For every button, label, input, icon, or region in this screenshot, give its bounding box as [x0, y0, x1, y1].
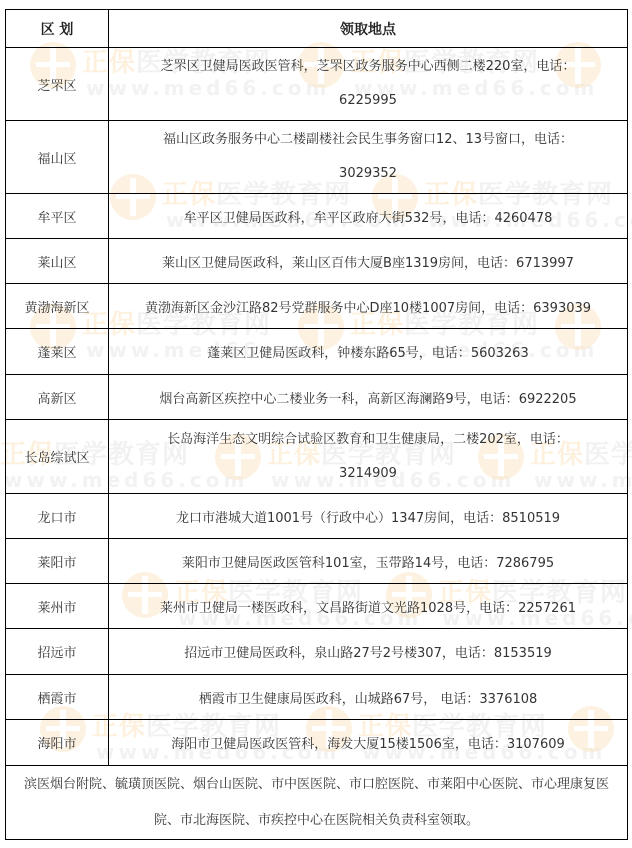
location-text: 黄渤海新区金沙江路82号党群服务中心D座10楼1007房间，电话： — [145, 301, 533, 316]
header-location: 领取地点 — [109, 10, 628, 48]
district-cell: 福山区 — [6, 121, 109, 194]
location-text: 长岛海洋生态文明综合试验区教育和卫生健康局，二楼202室，电话： — [115, 423, 621, 457]
phone-number: 6393039 — [533, 301, 591, 316]
phone-number: 3029352 — [115, 157, 621, 191]
table-row: 莱山区 莱山区卫健局医政科，莱山区百伟大厦B座1319房间，电话：6713997 — [6, 239, 628, 284]
location-cell: 烟台高新区疾控中心二楼业务一科，高新区海澜路9号，电话：6922205 — [109, 375, 628, 420]
phone-number: 4260478 — [494, 211, 552, 226]
table-row: 莱州市 莱州市卫健局一楼医政科，文昌路街道文光路1028号，电话：2257261 — [6, 584, 628, 629]
table-row: 招远市 招远市卫健局医政科，泉山路27号2号楼307，电话：8153519 — [6, 629, 628, 675]
location-text: 栖霞市卫生健康局医政科，山城路67号， 电话： — [199, 692, 480, 707]
location-cell: 龙口市港城大道1001号（行政中心）1347房间，电话：8510519 — [109, 494, 628, 539]
district-cell: 莱阳市 — [6, 539, 109, 584]
district-cell: 黄渤海新区 — [6, 284, 109, 329]
location-cell: 黄渤海新区金沙江路82号党群服务中心D座10楼1007房间，电话：6393039 — [109, 284, 628, 329]
location-cell: 招远市卫健局医政科，泉山路27号2号楼307，电话：8153519 — [109, 629, 628, 675]
table-row: 芝罘区 芝罘区卫健局医政医管科，芝罘区政务服务中心西侧二楼220室，电话： 62… — [6, 48, 628, 121]
note-text: 滨医烟台附院、毓璜顶医院、烟台山医院、市中医医院、市口腔医院、市莱阳中心医院、市… — [6, 766, 628, 840]
location-cell: 牟平区卫健局医政科，牟平区政府大街532号，电话：4260478 — [109, 194, 628, 239]
location-cell: 蓬莱区卫健局医政科，钟楼东路65号，电话：5603263 — [109, 329, 628, 375]
table-row: 长岛综试区 长岛海洋生态文明综合试验区教育和卫生健康局，二楼202室，电话： 3… — [6, 420, 628, 494]
location-text: 莱州市卫健局一楼医政科，文昌路街道文光路1028号，电话： — [160, 601, 518, 616]
location-text: 蓬莱区卫健局医政科，钟楼东路65号，电话： — [207, 346, 471, 361]
district-cell: 蓬莱区 — [6, 329, 109, 375]
location-text: 招远市卫健局医政科，泉山路27号2号楼307，电话： — [184, 646, 494, 661]
location-text: 芝罘区卫健局医政医管科，芝罘区政务服务中心西侧二楼220室，电话： — [115, 50, 621, 84]
note-row: 滨医烟台附院、毓璜顶医院、烟台山医院、市中医医院、市口腔医院、市莱阳中心医院、市… — [6, 766, 628, 840]
table-row: 福山区 福山区政务服务中心二楼副楼社会民生事务窗口12、13号窗口，电话： 30… — [6, 121, 628, 194]
table-row: 牟平区 牟平区卫健局医政科，牟平区政府大街532号，电话：4260478 — [6, 194, 628, 239]
district-cell: 莱州市 — [6, 584, 109, 629]
district-cell: 栖霞市 — [6, 675, 109, 720]
phone-number: 7286795 — [496, 556, 554, 571]
header-district: 区 划 — [6, 10, 109, 48]
location-cell: 莱阳市卫健局医政医管科101室，玉带路14号，电话：7286795 — [109, 539, 628, 584]
district-cell: 牟平区 — [6, 194, 109, 239]
location-cell: 长岛海洋生态文明综合试验区教育和卫生健康局，二楼202室，电话： 3214909 — [109, 420, 628, 494]
district-cell: 高新区 — [6, 375, 109, 420]
district-cell: 芝罘区 — [6, 48, 109, 121]
district-cell: 龙口市 — [6, 494, 109, 539]
district-cell: 招远市 — [6, 629, 109, 675]
location-cell: 栖霞市卫生健康局医政科，山城路67号， 电话：3376108 — [109, 675, 628, 720]
location-cell: 海阳市卫健局医政医管科，海发大厦15楼1506室，电话：3107609 — [109, 720, 628, 766]
district-cell: 长岛综试区 — [6, 420, 109, 494]
location-text: 莱山区卫健局医政科，莱山区百伟大厦B座1319房间，电话： — [162, 256, 516, 271]
district-cell: 莱山区 — [6, 239, 109, 284]
table-row: 龙口市 龙口市港城大道1001号（行政中心）1347房间，电话：8510519 — [6, 494, 628, 539]
location-text: 龙口市港城大道1001号（行政中心）1347房间，电话： — [176, 511, 502, 526]
location-cell: 芝罘区卫健局医政医管科，芝罘区政务服务中心西侧二楼220室，电话： 622599… — [109, 48, 628, 121]
location-text: 海阳市卫健局医政医管科，海发大厦15楼1506室，电话： — [171, 737, 507, 752]
location-text: 牟平区卫健局医政科，牟平区政府大街532号，电话： — [184, 211, 495, 226]
pickup-location-table: 区 划 领取地点 芝罘区 芝罘区卫健局医政医管科，芝罘区政务服务中心西侧二楼22… — [5, 9, 628, 840]
phone-number: 3214909 — [115, 457, 621, 491]
phone-number: 6713997 — [516, 256, 574, 271]
location-cell: 莱州市卫健局一楼医政科，文昌路街道文光路1028号，电话：2257261 — [109, 584, 628, 629]
table-row: 黄渤海新区 黄渤海新区金沙江路82号党群服务中心D座10楼1007房间，电话：6… — [6, 284, 628, 329]
document: 区 划 领取地点 芝罘区 芝罘区卫健局医政医管科，芝罘区政务服务中心西侧二楼22… — [5, 9, 627, 840]
phone-number: 3376108 — [479, 692, 537, 707]
phone-number: 2257261 — [518, 601, 576, 616]
phone-number: 6922205 — [519, 392, 577, 407]
table-header-row: 区 划 领取地点 — [6, 10, 628, 48]
location-text: 福山区政务服务中心二楼副楼社会民生事务窗口12、13号窗口，电话： — [115, 123, 621, 157]
phone-number: 5603263 — [471, 346, 529, 361]
district-cell: 海阳市 — [6, 720, 109, 766]
location-cell: 福山区政务服务中心二楼副楼社会民生事务窗口12、13号窗口，电话： 302935… — [109, 121, 628, 194]
location-cell: 莱山区卫健局医政科，莱山区百伟大厦B座1319房间，电话：6713997 — [109, 239, 628, 284]
location-text: 莱阳市卫健局医政医管科101室，玉带路14号，电话： — [182, 556, 496, 571]
phone-number: 8510519 — [502, 511, 560, 526]
table-row: 莱阳市 莱阳市卫健局医政医管科101室，玉带路14号，电话：7286795 — [6, 539, 628, 584]
table-row: 蓬莱区 蓬莱区卫健局医政科，钟楼东路65号，电话：5603263 — [6, 329, 628, 375]
phone-number: 8153519 — [494, 646, 552, 661]
phone-number: 6225995 — [115, 84, 621, 118]
location-text: 烟台高新区疾控中心二楼业务一科，高新区海澜路9号，电话： — [159, 392, 518, 407]
table-row: 栖霞市 栖霞市卫生健康局医政科，山城路67号， 电话：3376108 — [6, 675, 628, 720]
phone-number: 3107609 — [507, 737, 565, 752]
table-row: 高新区 烟台高新区疾控中心二楼业务一科，高新区海澜路9号，电话：6922205 — [6, 375, 628, 420]
table-row: 海阳市 海阳市卫健局医政医管科，海发大厦15楼1506室，电话：3107609 — [6, 720, 628, 766]
